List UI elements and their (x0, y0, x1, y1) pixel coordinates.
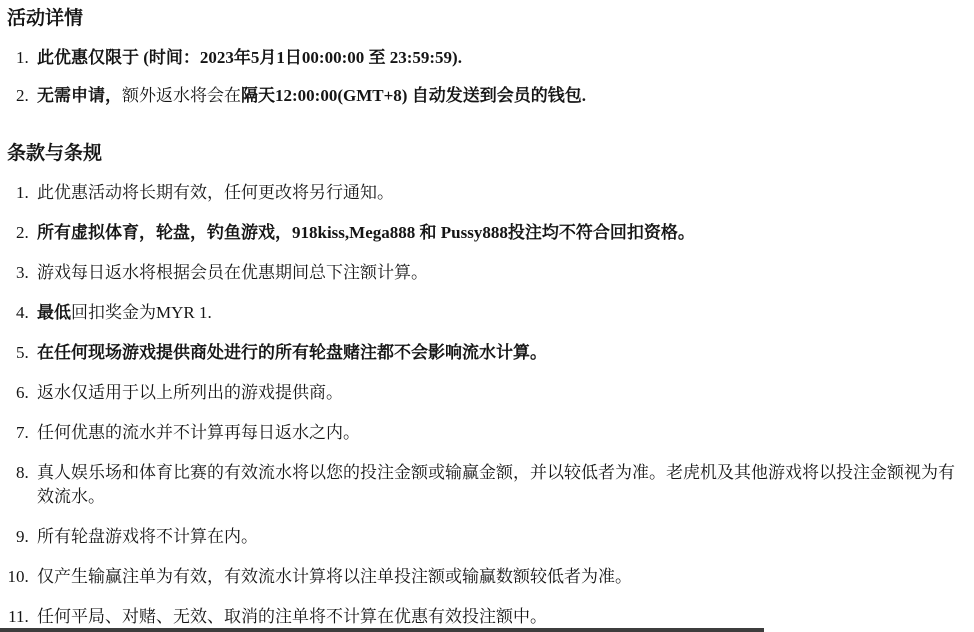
list-item: 此优惠活动将长期有效，任何更改将另行通知。 (33, 181, 966, 205)
list-item: 最低回扣奖金为MYR 1. (33, 301, 966, 325)
bottom-divider (0, 628, 764, 632)
text-segment: 返水仅适用于以上所列出的游戏提供商。 (37, 383, 343, 402)
list-item: 任何优惠的流水并不计算再每日返水之内。 (33, 421, 966, 445)
text-segment: 此优惠仅限于 (时间：2023年5月1日00:00:00 至 23:59:59)… (37, 48, 462, 67)
list-item: 无需申请，额外返水将会在隔天12:00:00(GMT+8) 自动发送到会员的钱包… (33, 84, 966, 108)
text-segment: 此优惠活动将长期有效，任何更改将另行通知。 (37, 183, 394, 202)
text-segment: 游戏每日返水将根据会员在优惠期间总下注额计算。 (37, 263, 428, 282)
list-item: 所有虚拟体育，轮盘，钓鱼游戏，918kiss,Mega888 和 Pussy88… (33, 221, 966, 245)
text-segment: 额外返水将会在 (122, 86, 241, 105)
promo-details-heading: 活动详情 (7, 6, 966, 32)
promo-details-list: 此优惠仅限于 (时间：2023年5月1日00:00:00 至 23:59:59)… (7, 46, 966, 108)
section-terms-conditions: 条款与条规 此优惠活动将长期有效，任何更改将另行通知。所有虚拟体育，轮盘，钓鱼游… (7, 141, 966, 629)
list-item: 此优惠仅限于 (时间：2023年5月1日00:00:00 至 23:59:59)… (33, 46, 966, 70)
text-segment: 任何平局、对赌、无效、取消的注单将不计算在优惠有效投注额中。 (37, 607, 547, 626)
list-item: 游戏每日返水将根据会员在优惠期间总下注额计算。 (33, 261, 966, 285)
terms-page: 活动详情 此优惠仅限于 (时间：2023年5月1日00:00:00 至 23:5… (0, 0, 974, 629)
text-segment: 隔天12:00:00(GMT+8) 自动发送到会员的钱包. (241, 86, 586, 105)
text-segment: 真人娱乐场和体育比赛的有效流水将以您的投注金额或输赢金额，并以较低者为准。老虎机… (37, 463, 955, 506)
text-segment: 在任何现场游戏提供商处进行的所有轮盘赌注都不会影响流水计算。 (37, 343, 547, 362)
list-item: 仅产生输赢注单为有效，有效流水计算将以注单投注额或输赢数额较低者为准。 (33, 565, 966, 589)
text-segment: 所有轮盘游戏将不计算在内。 (37, 527, 258, 546)
terms-conditions-heading: 条款与条规 (7, 141, 966, 167)
text-segment: 仅产生输赢注单为有效，有效流水计算将以注单投注额或输赢数额较低者为准。 (37, 567, 632, 586)
list-item: 所有轮盘游戏将不计算在内。 (33, 525, 966, 549)
text-segment: 任何优惠的流水并不计算再每日返水之内。 (37, 423, 360, 442)
list-item: 返水仅适用于以上所列出的游戏提供商。 (33, 381, 966, 405)
text-segment: 最低 (37, 303, 71, 322)
list-item: 任何平局、对赌、无效、取消的注单将不计算在优惠有效投注额中。 (33, 605, 966, 629)
section-promo-details: 活动详情 此优惠仅限于 (时间：2023年5月1日00:00:00 至 23:5… (7, 6, 966, 108)
text-segment: 回扣奖金为MYR 1. (71, 303, 212, 322)
list-item: 真人娱乐场和体育比赛的有效流水将以您的投注金额或输赢金额，并以较低者为准。老虎机… (33, 461, 966, 509)
text-segment: 无需申请， (37, 86, 122, 105)
text-segment: 所有虚拟体育，轮盘，钓鱼游戏，918kiss,Mega888 和 Pussy88… (37, 223, 695, 242)
terms-conditions-list: 此优惠活动将长期有效，任何更改将另行通知。所有虚拟体育，轮盘，钓鱼游戏，918k… (7, 181, 966, 629)
list-item: 在任何现场游戏提供商处进行的所有轮盘赌注都不会影响流水计算。 (33, 341, 966, 365)
